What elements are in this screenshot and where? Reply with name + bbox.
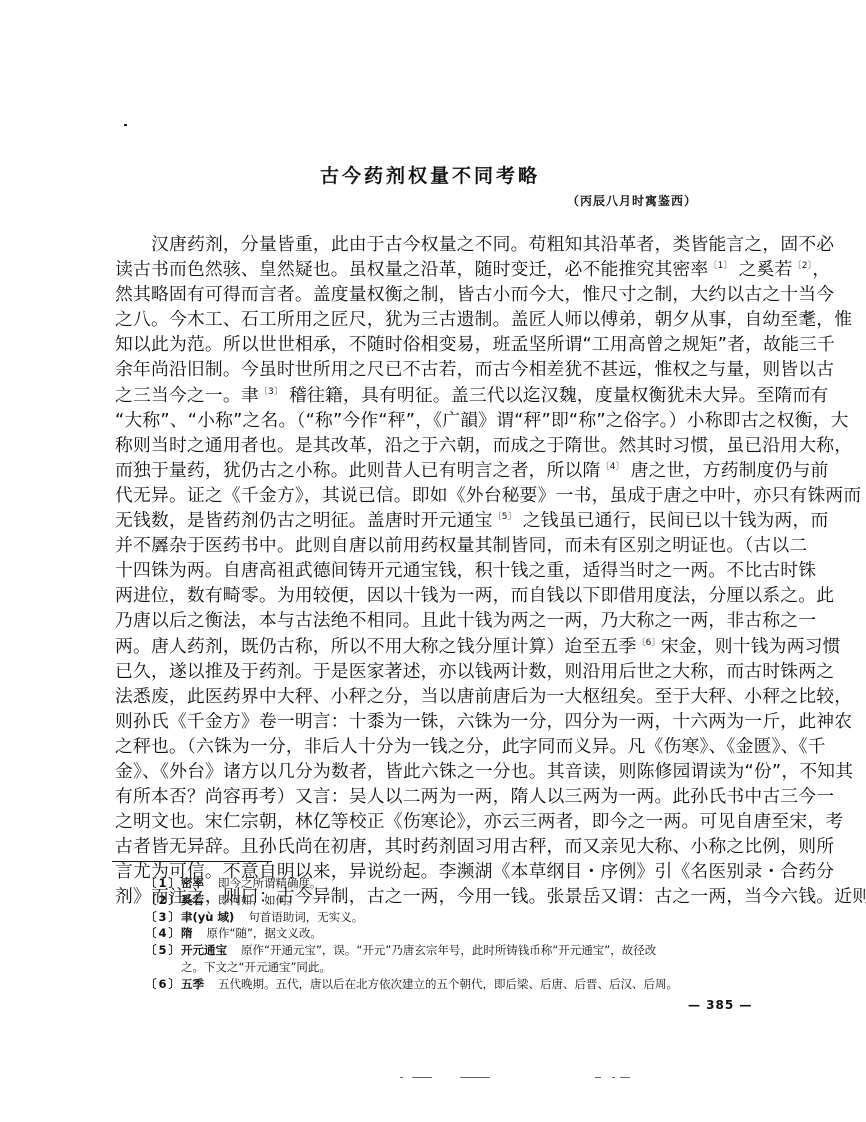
paragraph-line: 则孙氏《千金方》卷一明言：十黍为一铢，六铢为一分，四分为一两，十六两为一斤，此神… (115, 709, 755, 734)
line-text: 法悉废，此医药界中大秤、小秤之分，当以唐前唐后为一大枢纽矣。至于大秤、小秤之比较… (115, 686, 852, 707)
article-subtitle: （丙辰八月时寓鉴西） (567, 192, 697, 209)
line-text: 两进位，数有畸零。为用较便，因以十钱为一两，而自钱以下即借用度法，分厘以系之。此 (115, 585, 834, 606)
paragraph-line: 余年尚沿旧制。今虽时世所用之尺已不古若，而古今相差犹不甚远，惟权之与量，则皆以古 (115, 357, 755, 382)
paragraph-line: 无钱数，是皆药剂仍古之明征。盖唐时开元通宝〔5〕 之钱虽已通行，民间已以十钱为两… (115, 508, 755, 533)
scan-artifacts (400, 1077, 820, 1079)
footnote-continuation: 之。下文之“开元通宝”同此。 (145, 959, 765, 976)
line-text: “大称”、“小称”之名。（“称”今作“秤”，《广韻》谓“秤”即“称”之俗字。）小… (115, 410, 849, 431)
article-body: 汉唐药剂，分量皆重，此由于古今权量之不同。苟粗知其沿革者，类皆能言之，固不必读古… (115, 232, 755, 910)
line-text: 称则当时之通用者也。是其改革，沿之于六朝，而成之于隋世。然其时习惯，虽已沿用大称… (115, 435, 852, 456)
footnote-item: 〔1〕密率即今之所谓精确度。 (145, 875, 765, 892)
line-text: 十四铢为两。自唐高祖武德间铸开元通宝钱，积十钱之重，适得当时之一两。不比古时铢 (115, 560, 816, 581)
footnote-reference: 〔2〕 (793, 261, 813, 271)
paragraph-line: 两。唐人药剂，既仍古称，所以不用大称之钱分厘计算）迨至五季〔6〕宋金，则十钱为两… (115, 634, 755, 659)
footnote-term: 隋 (181, 925, 193, 942)
paragraph-line: 法悉废，此医药界中大秤、小秤之分，当以唐前唐后为一大枢纽矣。至于大秤、小秤之比较… (115, 684, 755, 709)
footnote-number: 〔2〕 (145, 892, 181, 909)
footnote-item: 〔5〕开元通宝原作“开通元宝”，误。“开元”乃唐玄宗年号，此时所铸钱币称“开元通… (145, 942, 765, 959)
line-text: 读古书而色然骇、皇然疑也。虽权量之沿革，随时变迁，必不能推究其密率 (115, 259, 708, 280)
footnote-divider (112, 861, 272, 862)
line-text: 之八。今木工、石工所用之匠尺，犹为三古遗制。盖匠人师以傅弟，朝夕从事，自幼至耄，… (115, 309, 852, 330)
line-text: 之明文也。宋仁宗朝，林亿等校正《伤寒论》，亦云三两者，即今之一两。可见自唐至宋，… (115, 811, 843, 832)
line-text: 然其略固有可得而言者。盖度量权衡之制，皆古小而今大，惟尺寸之制，大约以古之十当今 (115, 284, 834, 305)
line-text: 则孙氏《千金方》卷一明言：十黍为一铢，六铢为一分，四分为一两，十六两为一斤，此神… (115, 711, 852, 732)
footnotes: 〔1〕密率即今之所谓精确度。〔2〕奚若即何如，如何。〔3〕聿(yù 域)句首语助… (145, 875, 765, 993)
footnote-text: 原作“开通元宝”，误。“开元”乃唐玄宗年号，此时所铸钱币称“开元通宝”，故径改 (241, 942, 656, 959)
footnote-item: 〔4〕隋原作“随”，据文义改。 (145, 925, 765, 942)
footnote-term: 密率 (181, 875, 204, 892)
paragraph-line: 然其略固有可得而言者。盖度量权衡之制，皆古小而今大，惟尺寸之制，大约以古之十当今 (115, 282, 755, 307)
paragraph-line: 代无异。证之《千金方》，其说已信。即如《外台秘要》一书，虽成于唐之中叶，亦只有铢… (115, 483, 755, 508)
paragraph-line: 金》、《外台》诸方以几分为数者，皆此六铢之一分也。其音读，则陈修园谓读为“份”，… (115, 759, 755, 784)
article-title: 古今药剂权量不同考略 (320, 161, 540, 188)
line-text: 知以此为范。所以世世相承，不随时俗相变易，班孟坚所谓“工用高曾之规矩”者，故能三… (115, 334, 835, 355)
footnote-term: 聿(yù 域) (181, 909, 234, 926)
paragraph-line: 之八。今木工、石工所用之匠尺，犹为三古遗制。盖匠人师以傅弟，朝夕从事，自幼至耄，… (115, 307, 755, 332)
line-text: 金》、《外台》诸方以几分为数者，皆此六铢之一分也。其音读，则陈修园谓读为“份”，… (115, 761, 853, 782)
scan-speck (124, 124, 127, 126)
footnote-number: 〔1〕 (145, 875, 181, 892)
footnote-number: 〔3〕 (145, 909, 181, 926)
line-text: 之秤也。（六铢为一分，非后人十分为一钱之分，此字同而义异。凡《伤寒》、《金匮》、… (115, 736, 826, 757)
line-text: 之奚若 (733, 259, 793, 280)
paragraph-line: 汉唐药剂，分量皆重，此由于古今权量之不同。苟粗知其沿革者，类皆能言之，固不必 (115, 232, 755, 257)
line-text: ， (812, 259, 830, 280)
line-text: 并不羼杂于医药书中。此则自唐以前用药权量其制皆同，而未有区别之明证也。（古以二 (115, 535, 807, 556)
footnote-reference: 〔3〕 (259, 387, 283, 397)
paragraph-line: 并不羼杂于医药书中。此则自唐以前用药权量其制皆同，而未有区别之明证也。（古以二 (115, 533, 755, 558)
line-text: 乃唐以后之衡法，本与古法绝不相同。且此十钱为两之一两，乃大称之一两，非古称之一 (115, 610, 816, 631)
line-text: 而独于量药，犹仍古之小称。此则昔人已有明言之者，所以隋 (115, 460, 601, 481)
footnote-text: 即今之所谓精确度。 (218, 875, 322, 892)
line-text: 有所本否？尚容再考）又言：吴人以二两为一两，隋人以三两为一两。此孙氏书中古三今一 (115, 786, 834, 807)
line-text: 稽往籍，具有明征。盖三代以迄汉魏，度量权衡犹未大异。至隋而有 (283, 385, 828, 406)
footnote-number: 〔6〕 (145, 976, 181, 993)
footnote-term: 五季 (181, 976, 204, 993)
paragraph-line: 之秤也。（六铢为一分，非后人十分为一钱之分，此字同而义异。凡《伤寒》、《金匮》、… (115, 734, 755, 759)
line-text: 之三当今之一。聿 (115, 385, 259, 406)
footnote-text: 五代晚期。五代，唐以后在北方依次建立的五个朝代，即后梁、后唐、后晋、后汉、后周。 (218, 976, 678, 993)
footnote-reference: 〔1〕 (708, 261, 732, 271)
line-text: 余年尚沿旧制。今虽时世所用之尺已不古若，而古今相差犹不甚远，惟权之与量，则皆以古 (115, 359, 834, 380)
footnote-number: 〔5〕 (145, 942, 181, 959)
line-text: 汉唐药剂，分量皆重，此由于古今权量之不同。苟粗知其沿革者，类皆能言之，固不必 (151, 234, 834, 255)
paragraph-line: 知以此为范。所以世世相承，不随时俗相变易，班孟坚所谓“工用高曾之规矩”者，故能三… (115, 332, 755, 357)
line-text: 之钱虽已通行，民间已以十钱为两，而 (517, 510, 829, 531)
paragraph-line: 乃唐以后之衡法，本与古法绝不相同。且此十钱为两之一两，乃大称之一两，非古称之一 (115, 608, 755, 633)
footnote-reference: 〔5〕 (493, 512, 517, 522)
footnote-number: 〔4〕 (145, 925, 181, 942)
footnote-text: 原作“随”，据文义改。 (207, 925, 322, 942)
line-text: 代无异。证之《千金方》，其说已信。即如《外台秘要》一书，虽成于唐之中叶，亦只有铢… (115, 485, 861, 506)
line-text: 无钱数，是皆药剂仍古之明征。盖唐时开元通宝 (115, 510, 493, 531)
page-number: — 385 — (688, 998, 752, 1012)
paragraph-line: 之明文也。宋仁宗朝，林亿等校正《伤寒论》，亦云三两者，即今之一两。可见自唐至宋，… (115, 809, 755, 834)
line-text: 已久，遂以推及于药剂。于是医家著述，亦以钱两计数，则沿用后世之大称，而古时铢两之 (115, 661, 834, 682)
paragraph-line: 两进位，数有畸零。为用较便，因以十钱为一两，而自钱以下即借用度法，分厘以系之。此 (115, 583, 755, 608)
footnote-item: 〔3〕聿(yù 域)句首语助词，无实义。 (145, 909, 765, 926)
line-text: 唐之世，方药制度仍与前 (625, 460, 829, 481)
paragraph-line: 读古书而色然骇、皇然疑也。虽权量之沿革，随时变迁，必不能推究其密率〔1〕 之奚若… (115, 257, 755, 282)
footnote-item: 〔6〕五季五代晚期。五代，唐以后在北方依次建立的五个朝代，即后梁、后唐、后晋、后… (145, 976, 765, 993)
paragraph-line: 古者皆无异辞。且孙氏尚在初唐，其时药剂固习用古秤，而又亲见大称、小称之比例，则所 (115, 834, 755, 859)
paragraph-line: 十四铢为两。自唐高祖武德间铸开元通宝钱，积十钱之重，适得当时之一两。不比古时铢 (115, 558, 755, 583)
paragraph-line: 之三当今之一。聿〔3〕 稽往籍，具有明征。盖三代以迄汉魏，度量权衡犹未大异。至隋… (115, 383, 755, 408)
footnote-text: 句首语助词，无实义。 (248, 909, 363, 926)
line-text: 宋金，则十钱为两习惯 (661, 636, 841, 657)
footnote-term: 开元通宝 (181, 942, 227, 959)
footnote-item: 〔2〕奚若即何如，如何。 (145, 892, 765, 909)
paragraph-line: 而独于量药，犹仍古之小称。此则昔人已有明言之者，所以隋〔4〕 唐之世，方药制度仍… (115, 458, 755, 483)
footnote-reference: 〔6〕 (636, 638, 660, 648)
footnote-term: 奚若 (181, 892, 204, 909)
paragraph-line: 已久，遂以推及于药剂。于是医家著述，亦以钱两计数，则沿用后世之大称，而古时铢两之 (115, 659, 755, 684)
line-text: 古者皆无异辞。且孙氏尚在初唐，其时药剂固习用古秤，而又亲见大称、小称之比例，则所 (115, 836, 834, 857)
line-text: 两。唐人药剂，既仍古称，所以不用大称之钱分厘计算）迨至五季 (115, 636, 636, 657)
paragraph-line: “大称”、“小称”之名。（“称”今作“秤”，《广韻》谓“秤”即“称”之俗字。）小… (115, 408, 755, 433)
paragraph-line: 有所本否？尚容再考）又言：吴人以二两为一两，隋人以三两为一两。此孙氏书中古三今一 (115, 784, 755, 809)
paragraph-line: 称则当时之通用者也。是其改革，沿之于六朝，而成之于隋世。然其时习惯，虽已沿用大称… (115, 433, 755, 458)
footnote-reference: 〔4〕 (601, 462, 625, 472)
footnote-text: 即何如，如何。 (218, 892, 299, 909)
